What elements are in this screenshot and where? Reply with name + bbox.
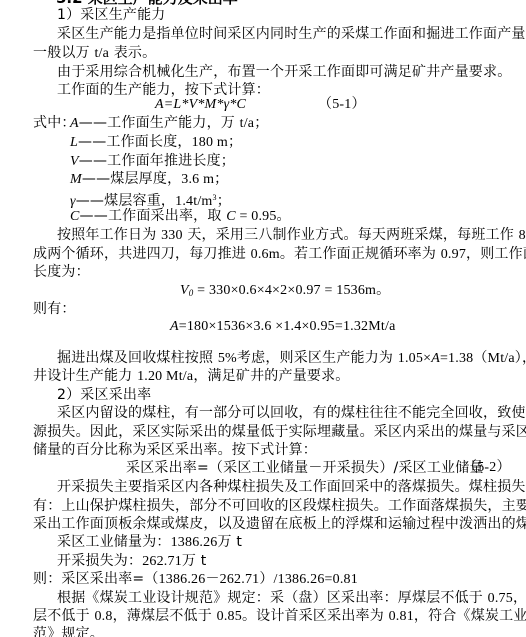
s1-paragraph-4-line-3: 长度为： [33,263,90,281]
text: 井设计生产能力 [33,368,137,384]
number: 8 [519,228,526,243]
text: ，则工作面年推进 [466,246,526,262]
then-label: 则有： [33,300,76,318]
var-symbol: A [170,319,179,334]
label: 则：采区采出率= [33,571,144,587]
number: 0.97 [441,247,466,262]
unit: t/a [94,46,109,61]
text: 表示。 [109,45,156,61]
formula-A-result: A=180×1536×3.6 ×1.4×0.95=1.32Mt/a [170,318,395,336]
number: 5% [218,351,237,366]
s2-paragraph-2-line-2: 有：上山保护煤柱损失，部分不可回收的区段煤柱损失。工作面落煤损失，主要包括未 [33,497,526,515]
var-value: = 0.95 [236,209,277,224]
var-V: V——工作面年推进长度； [70,152,235,171]
var-desc: ——煤层厚度， [82,171,181,187]
var-symbol: V [70,154,79,169]
punct: 。 [376,283,390,298]
s1-paragraph-2: 由于采用综合机械化生产，布置一个开采工作面即可满足矿井产量要求。 [57,63,511,81]
number: 0.8 [94,609,112,624]
text: 一般以万 [33,45,94,61]
section-1-title: 1）采区生产能力 [57,6,166,24]
text: 按照年工作日为 [57,227,161,243]
var-desc: ——工作面生产能力，万 [79,115,240,131]
var-desc: ——工作面年推进长度； [79,153,235,169]
text: ，中厚煤 [513,590,526,606]
s2-paragraph-2-line-3: 采出工作面顶板余煤或煤皮，以及遗留在底板上的浮煤和运输过程中泼洒出的煤。 [33,515,526,533]
formula-5-1-number: （5-1） [318,96,366,114]
text: 。设计首采区采出率为 [242,608,389,624]
formula-5-2: 采区采出率=（采区工业储量－开采损失）/采区工业储量 [126,459,484,477]
text: ，满足矿井的产量要求。 [193,368,349,384]
var-desc: ——工作面长度， [78,134,192,150]
s1-paragraph-4-line-2: 成两个循环，共进四刀，每刀推进 0.6m。若工作面正规循环率为 0.97，则工作… [33,245,526,264]
number: 1.20 Mt/a [137,369,193,384]
var-symbol: M [70,172,82,187]
number: 1.05× [398,351,431,366]
label: 开采损失为： [57,553,142,569]
var-value: 180 m [192,135,228,150]
text: 层不低于 [33,608,94,624]
formula-5-2-number: （5-2） [463,459,511,477]
number: =1.38（Mt/a） [440,351,522,366]
number: 0.6m [251,247,280,262]
text: ，大于矿 [522,350,526,366]
s1-paragraph-1-line-2: 一般以万 t/a 表示。 [33,44,156,63]
var-symbol: A [431,351,440,366]
s1-paragraph-5-line-2: 井设计生产能力 1.20 Mt/a，满足矿井的产量要求。 [33,367,350,386]
text: ，符合《煤炭工业设计规 [414,608,526,624]
number: 330 [161,228,183,243]
s2-paragraph-1-line-2: 源损失。因此，采区实际采出的煤量低于实际埋藏量。采区内采出的煤量与采区内工业 [33,423,526,441]
var-L: L——工作面长度，180 m； [70,133,242,152]
punct: ； [254,115,268,131]
text: 。若工作面正规循环率为 [280,246,441,262]
var-symbol: C [70,209,80,224]
text: 根据《煤炭工业设计规范》规定：采（盘）区采出率：厚煤层不低于 [57,590,488,606]
section-2-title: 2）采区采出率 [57,386,151,404]
s1-paragraph-5-line-1: 掘进出煤及回收煤柱按照 5%考虑，则采区生产能力为 1.05×A=1.38（Mt… [57,349,526,368]
punct: 。 [277,208,291,224]
number: 0.81 [389,609,414,624]
unit: 万 t [218,534,243,550]
s2-paragraph-2-line-1: 开采损失主要指采区内各种煤柱损失及工作面回采中的落煤损失。煤柱损失主要 [57,478,526,496]
s2-paragraph-3-line-3: 范》规定。 [33,625,104,637]
number: 0.85 [217,609,242,624]
s2-paragraph-3-line-2: 层不低于 0.8，薄煤层不低于 0.85。设计首采区采出率为 0.81，符合《煤… [33,607,526,626]
text: 天，采用三八制作业方式。每天两班采煤，每班工作 [183,227,519,243]
punct: ； [228,134,242,150]
expression: （1386.26－262.71）/1386.26=0.81 [144,572,358,587]
text: ，薄煤层不低于 [113,608,217,624]
value: 262.71 [142,554,182,569]
value: 1386.26 [171,535,218,550]
text: 掘进出煤及回收煤柱按照 [57,350,218,366]
text: 成两个循环，共进四刀，每刀推进 [33,246,251,262]
var-value: 3.6 m [181,172,214,187]
number: 0.75 [488,591,513,606]
s2-paragraph-1-line-1: 采区内留设的煤柱，有一部分可以回收，有的煤柱往往不能完全回收，致使煤炭资 [57,404,526,422]
punct: ； [214,171,228,187]
formula-v0: V0 = 330×0.6×4×2×0.97 = 1536m。 [180,282,390,302]
var-M: M——煤层厚度，3.6 m； [70,170,228,189]
s2-paragraph-1-line-3: 储量的百分比称为采区采出率。按下式计算： [33,441,317,459]
var-symbol: C [226,209,236,224]
text: 考虑，则采区生产能力为 [237,350,398,366]
expression: = 330×0.6×4×2×0.97 = 1536m [193,283,376,298]
s1-paragraph-4-line-1: 按照年工作日为 330 天，采用三八制作业方式。每天两班采煤，每班工作 8 小时… [57,226,526,245]
var-value: t/a [240,116,255,131]
var-symbol: L [70,135,78,150]
loss-line: 开采损失为：262.71万 t [57,552,206,571]
expression: =180×1536×3.6 ×1.4×0.95=1.32Mt/a [179,319,396,334]
var-C: C——工作面采出率，取 C = 0.95。 [70,207,291,226]
calc-line: 则：采区采出率=（1386.26－262.71）/1386.26=0.81 [33,570,358,589]
reserve-line: 采区工业储量为：1386.26万 t [57,533,242,552]
var-desc: ——工作面采出率，取 [80,208,227,224]
var-symbol: A [70,116,79,131]
var-A: A——工作面生产能力，万 t/a； [70,114,268,133]
label: 采区工业储量为： [57,534,171,550]
unit: 万 t [182,553,207,569]
s2-paragraph-3-line-1: 根据《煤炭工业设计规范》规定：采（盘）区采出率：厚煤层不低于 0.75，中厚煤 [57,589,526,608]
s1-paragraph-1-line-1: 采区生产能力是指单位时间采区内同时生产的采煤工作面和掘进工作面产量总和， [57,25,526,43]
formula-5-1: A=L*V*M*γ*C [155,96,246,114]
var-symbol: V [180,283,189,298]
